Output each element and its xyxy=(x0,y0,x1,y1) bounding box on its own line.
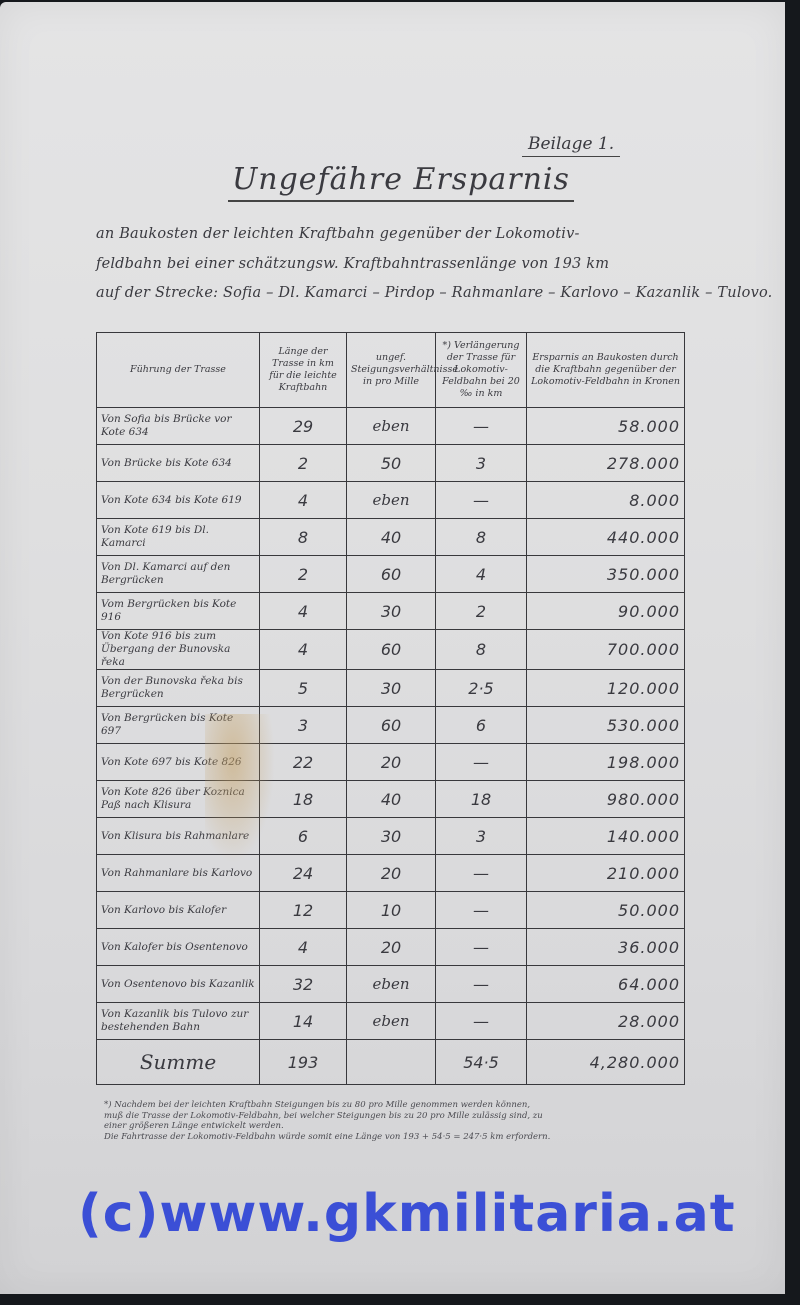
header-gradient: ungef. Steigungsverhältnisse in pro Mill… xyxy=(347,333,436,408)
length-cell: 12 xyxy=(260,892,347,929)
footnote-line-2: muß die Trasse der Lokomotiv-Feldbahn, b… xyxy=(104,1111,684,1122)
gradient-cell: 20 xyxy=(347,855,436,892)
table-row: Von Dl. Kamarci auf den Bergrücken 2 60 … xyxy=(97,556,685,593)
attachment-label: Beilage 1. xyxy=(522,134,620,157)
table-header-row: Führung der Trasse Länge der Trasse in k… xyxy=(97,333,685,408)
footnote-line-3: einer größeren Länge entwickelt werden. xyxy=(104,1121,684,1132)
length-cell: 5 xyxy=(260,670,347,707)
extension-cell: 8 xyxy=(436,519,527,556)
extension-cell: 2·5 xyxy=(436,670,527,707)
table-row: Von Karlovo bis Kalofer 12 10 — 50.000 xyxy=(97,892,685,929)
document-page: Beilage 1. Ungefähre Ersparnis an Baukos… xyxy=(0,2,785,1294)
extension-cell: — xyxy=(436,408,527,445)
length-cell: 4 xyxy=(260,630,347,670)
route-cell: Von Karlovo bis Kalofer xyxy=(97,892,260,929)
gradient-cell: 30 xyxy=(347,670,436,707)
route-cell: Von Osentenovo bis Kazanlik xyxy=(97,966,260,1003)
route-cell: Vom Bergrücken bis Kote 916 xyxy=(97,593,260,630)
subtitle-line-1: an Baukosten der leichten Kraftbahn gege… xyxy=(96,226,580,242)
gradient-cell: 20 xyxy=(347,744,436,781)
savings-cell: 700.000 xyxy=(527,630,685,670)
savings-cell: 64.000 xyxy=(527,966,685,1003)
extension-cell: — xyxy=(436,929,527,966)
table-row: Von Kote 826 über Koznica Paß nach Klisu… xyxy=(97,781,685,818)
savings-cell: 28.000 xyxy=(527,1003,685,1040)
table-row: Von Kalofer bis Osentenovo 4 20 — 36.000 xyxy=(97,929,685,966)
table-row: Von Klisura bis Rahmanlare 6 30 3 140.00… xyxy=(97,818,685,855)
gradient-cell: eben xyxy=(347,482,436,519)
length-cell: 18 xyxy=(260,781,347,818)
route-cell: Von Kote 634 bis Kote 619 xyxy=(97,482,260,519)
gradient-cell: eben xyxy=(347,1003,436,1040)
table-row: Von Kote 916 bis zum Übergang der Bunovs… xyxy=(97,630,685,670)
footnote-line-4: Die Fahrtrasse der Lokomotiv-Feldbahn wü… xyxy=(104,1132,684,1143)
savings-cell: 8.000 xyxy=(527,482,685,519)
route-cell: Von Kalofer bis Osentenovo xyxy=(97,929,260,966)
subtitle-line-3: auf der Strecke: Sofia – Dl. Kamarci – P… xyxy=(96,285,772,301)
route-cell: Von Klisura bis Rahmanlare xyxy=(97,818,260,855)
extension-cell: 2 xyxy=(436,593,527,630)
extension-cell: 3 xyxy=(436,445,527,482)
length-cell: 3 xyxy=(260,707,347,744)
extension-cell: — xyxy=(436,744,527,781)
footnote-line-1: *) Nachdem bei der leichten Kraftbahn St… xyxy=(104,1100,684,1111)
gradient-cell: 20 xyxy=(347,929,436,966)
route-cell: Von Brücke bis Kote 634 xyxy=(97,445,260,482)
gradient-cell: 40 xyxy=(347,519,436,556)
savings-table: Führung der Trasse Länge der Trasse in k… xyxy=(96,332,685,1085)
gradient-cell: 40 xyxy=(347,781,436,818)
length-cell: 8 xyxy=(260,519,347,556)
length-cell: 2 xyxy=(260,445,347,482)
extension-cell: — xyxy=(436,966,527,1003)
gradient-cell: 60 xyxy=(347,630,436,670)
table-row: Von Kote 634 bis Kote 619 4 eben — 8.000 xyxy=(97,482,685,519)
route-cell: Von Kote 826 über Koznica Paß nach Klisu… xyxy=(97,781,260,818)
length-cell: 4 xyxy=(260,929,347,966)
savings-cell: 210.000 xyxy=(527,855,685,892)
table-row: Von Bergrücken bis Kote 697 3 60 6 530.0… xyxy=(97,707,685,744)
table-row: Von Brücke bis Kote 634 2 50 3 278.000 xyxy=(97,445,685,482)
savings-cell: 90.000 xyxy=(527,593,685,630)
route-cell: Von der Bunovska řeka bis Bergrücken xyxy=(97,670,260,707)
gradient-cell: 30 xyxy=(347,593,436,630)
length-cell: 32 xyxy=(260,966,347,1003)
savings-cell: 530.000 xyxy=(527,707,685,744)
savings-cell: 350.000 xyxy=(527,556,685,593)
total-gradient xyxy=(347,1040,436,1085)
header-savings: Ersparnis an Baukosten durch die Kraftba… xyxy=(527,333,685,408)
length-cell: 22 xyxy=(260,744,347,781)
route-cell: Von Dl. Kamarci auf den Bergrücken xyxy=(97,556,260,593)
length-cell: 29 xyxy=(260,408,347,445)
length-cell: 4 xyxy=(260,593,347,630)
route-cell: Von Rahmanlare bis Karlovo xyxy=(97,855,260,892)
savings-cell: 36.000 xyxy=(527,929,685,966)
extension-cell: — xyxy=(436,1003,527,1040)
subtitle-line-2: feldbahn bei einer schätzungsw. Kraftbah… xyxy=(96,256,609,272)
footnote: *) Nachdem bei der leichten Kraftbahn St… xyxy=(104,1100,684,1142)
savings-cell: 980.000 xyxy=(527,781,685,818)
savings-cell: 440.000 xyxy=(527,519,685,556)
table-row: Von Kote 697 bis Kote 826 22 20 — 198.00… xyxy=(97,744,685,781)
savings-cell: 120.000 xyxy=(527,670,685,707)
table-row: Vom Bergrücken bis Kote 916 4 30 2 90.00… xyxy=(97,593,685,630)
extension-cell: — xyxy=(436,892,527,929)
header-length: Länge der Trasse in km für die leichte K… xyxy=(260,333,347,408)
gradient-cell: 50 xyxy=(347,445,436,482)
gradient-cell: 60 xyxy=(347,707,436,744)
table-row: Von Kazanlik bis Tulovo zur bestehenden … xyxy=(97,1003,685,1040)
extension-cell: 4 xyxy=(436,556,527,593)
length-cell: 2 xyxy=(260,556,347,593)
total-row: Summe 193 54·5 4,280.000 xyxy=(97,1040,685,1085)
table-row: Von Kote 619 bis Dl. Kamarci 8 40 8 440.… xyxy=(97,519,685,556)
length-cell: 6 xyxy=(260,818,347,855)
gradient-cell: 60 xyxy=(347,556,436,593)
document-title: Ungefähre Ersparnis xyxy=(228,162,574,202)
gradient-cell: eben xyxy=(347,966,436,1003)
table-row: Von Osentenovo bis Kazanlik 32 eben — 64… xyxy=(97,966,685,1003)
savings-cell: 58.000 xyxy=(527,408,685,445)
total-label: Summe xyxy=(97,1040,260,1085)
gradient-cell: eben xyxy=(347,408,436,445)
route-cell: Von Kote 697 bis Kote 826 xyxy=(97,744,260,781)
length-cell: 14 xyxy=(260,1003,347,1040)
extension-cell: 8 xyxy=(436,630,527,670)
savings-cell: 278.000 xyxy=(527,445,685,482)
table-row: Von der Bunovska řeka bis Bergrücken 5 3… xyxy=(97,670,685,707)
total-savings: 4,280.000 xyxy=(527,1040,685,1085)
extension-cell: — xyxy=(436,855,527,892)
gradient-cell: 10 xyxy=(347,892,436,929)
table-row: Von Rahmanlare bis Karlovo 24 20 — 210.0… xyxy=(97,855,685,892)
route-cell: Von Sofia bis Brücke vor Kote 634 xyxy=(97,408,260,445)
savings-cell: 198.000 xyxy=(527,744,685,781)
length-cell: 24 xyxy=(260,855,347,892)
savings-cell: 140.000 xyxy=(527,818,685,855)
header-route: Führung der Trasse xyxy=(97,333,260,408)
gradient-cell: 30 xyxy=(347,818,436,855)
table-row: Von Sofia bis Brücke vor Kote 634 29 ebe… xyxy=(97,408,685,445)
extension-cell: — xyxy=(436,482,527,519)
extension-cell: 18 xyxy=(436,781,527,818)
extension-cell: 6 xyxy=(436,707,527,744)
total-length: 193 xyxy=(260,1040,347,1085)
total-extension: 54·5 xyxy=(436,1040,527,1085)
savings-cell: 50.000 xyxy=(527,892,685,929)
route-cell: Von Bergrücken bis Kote 697 xyxy=(97,707,260,744)
copyright-watermark: (c)www.gkmilitaria.at xyxy=(78,1184,736,1244)
route-cell: Von Kote 619 bis Dl. Kamarci xyxy=(97,519,260,556)
length-cell: 4 xyxy=(260,482,347,519)
route-cell: Von Kazanlik bis Tulovo zur bestehenden … xyxy=(97,1003,260,1040)
route-cell: Von Kote 916 bis zum Übergang der Bunovs… xyxy=(97,630,260,670)
extension-cell: 3 xyxy=(436,818,527,855)
